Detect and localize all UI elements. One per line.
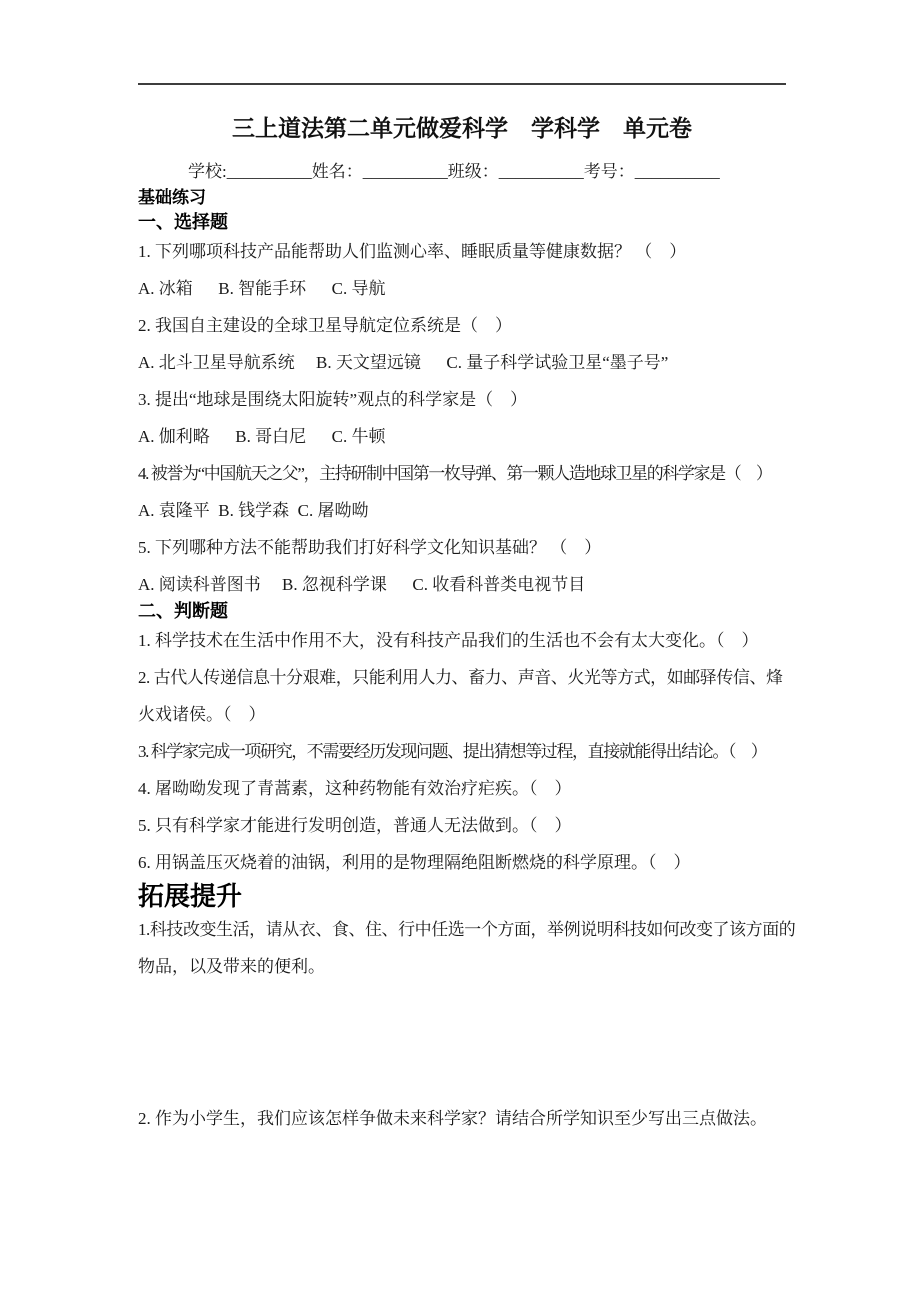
option-line: A. 袁隆平 B. 钱学森 C. 屠呦呦 — [138, 492, 786, 529]
section-heading-expand: 拓展提升 — [138, 881, 786, 911]
option-line: A. 冰箱 B. 智能手环 C. 导航 — [138, 270, 786, 307]
question-line: 6. 用锅盖压灭烧着的油锅，利用的是物理隔绝阻断燃烧的科学原理。（ ） — [138, 844, 786, 881]
question-line: 5. 下列哪种方法不能帮助我们打好科学文化知识基础？ （ ） — [138, 529, 786, 566]
question-line: 4. 被誉为“中国航天之父”，主持研制中国第一枚导弹、第一颗人造地球卫星的科学家… — [138, 455, 786, 492]
question-line: 2. 作为小学生，我们应该怎样争做未来科学家？请结合所学知识至少写出三点做法。 — [138, 1100, 786, 1137]
question-line: 5. 只有科学家才能进行发明创造，普通人无法做到。（ ） — [138, 807, 786, 844]
section-heading-basic: 基础练习 — [138, 187, 786, 208]
question-line: 2. 古代人传递信息十分艰难，只能利用人力、畜力、声音、火光等方式，如邮驿传信、… — [138, 659, 786, 696]
question-line: 火戏诸侯。（ ） — [138, 696, 786, 733]
question-line: 物品，以及带来的便利。 — [138, 948, 786, 985]
question-line: 2. 我国自主建设的全球卫星导航定位系统是（ ） — [138, 307, 786, 344]
page-content: 三上道法第二单元做爱科学 学科学 单元卷 学校:__________姓名：___… — [138, 0, 786, 1137]
option-line: A. 伽利略 B. 哥白尼 C. 牛顿 — [138, 418, 786, 455]
section-heading-choice: 一、选择题 — [138, 211, 786, 233]
option-line: A. 北斗卫星导航系统 B. 天文望远镜 C. 量子科学试验卫星“墨子号” — [138, 344, 786, 381]
header-rule — [138, 83, 786, 85]
question-line: 4. 屠呦呦发现了青蒿素，这种药物能有效治疗疟疾。（ ） — [138, 770, 786, 807]
section-heading-judge: 二、判断题 — [138, 600, 786, 622]
question-line: 1.科技改变生活，请从衣、食、住、行中任选一个方面，举例说明科技如何改变了该方面… — [138, 911, 786, 948]
question-line: 1. 下列哪项科技产品能帮助人们监测心率、睡眠质量等健康数据？ （ ） — [138, 233, 786, 270]
question-line: 3. 提出“地球是围绕太阳旋转”观点的科学家是（ ） — [138, 381, 786, 418]
question-line: 3. 科学家完成一项研究，不需要经历发现问题、提出猜想等过程，直接就能得出结论。… — [138, 733, 786, 770]
question-line: 1. 科学技术在生活中作用不大，没有科技产品我们的生活也不会有太大变化。（ ） — [138, 622, 786, 659]
student-info-fields: 学校:__________姓名：__________班级：__________考… — [138, 161, 786, 182]
option-line: A. 阅读科普图书 B. 忽视科学课 C. 收看科普类电视节目 — [138, 566, 786, 603]
exam-paper-page: 三上道法第二单元做爱科学 学科学 单元卷 学校:__________姓名：___… — [0, 0, 920, 1302]
doc-title: 三上道法第二单元做爱科学 学科学 单元卷 — [138, 113, 786, 144]
